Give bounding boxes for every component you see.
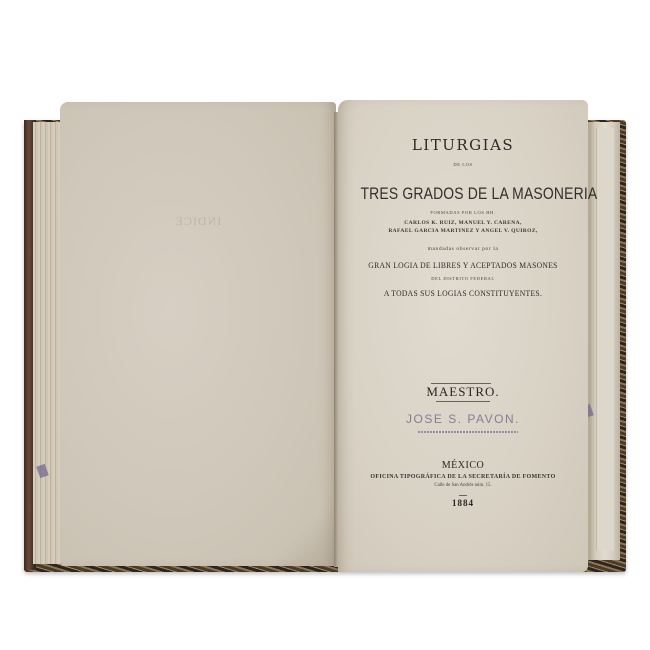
dedication: A TODAS SUS LOGIAS CONSTITUYENTES. xyxy=(351,288,576,298)
authors-line-2: RAFAEL GARCIA MARTINEZ Y ANGEL V. QUIROZ… xyxy=(338,228,588,234)
book-photo: INDICE LITURGIAS DE LOS TRES GRADOS DE L… xyxy=(0,0,650,650)
bleed-through-text: INDICE xyxy=(60,214,336,229)
year: 1884 xyxy=(338,498,588,508)
left-page-stack xyxy=(33,122,63,564)
stamp-underline xyxy=(418,431,518,433)
authors-line-1: CARLOS K. RUIZ, MANUEL Y. CARENA, xyxy=(338,220,588,226)
title: LITURGIAS xyxy=(338,136,588,154)
left-page: INDICE xyxy=(60,102,336,566)
mandated: mandadas observar por la xyxy=(338,246,588,252)
formed-by: FORMADAS POR LOS HH. xyxy=(338,210,588,215)
connector: DE LOS xyxy=(338,162,588,167)
rule-bottom xyxy=(436,401,490,402)
address: Calle de San Andrés núm. 15. xyxy=(338,483,588,488)
ownership-stamp: JOSE S. PAVON. xyxy=(338,412,588,426)
page-curl xyxy=(276,486,336,566)
rule-small xyxy=(459,495,467,496)
degree: MAESTRO. xyxy=(338,384,588,400)
subtitle: TRES GRADOS DE LA MASONERIA xyxy=(361,184,566,204)
place: MÉXICO xyxy=(338,460,588,471)
title-page: LITURGIAS DE LOS TRES GRADOS DE LA MASON… xyxy=(338,100,588,572)
lodge: GRAN LOGIA DE LIBRES Y ACEPTADOS MASONES xyxy=(351,260,576,270)
jurisdiction: DEL DISTRITO FEDERAL xyxy=(338,276,588,281)
printer: OFICINA TIPOGRÁFICA DE LA SECRETARÍA DE … xyxy=(338,474,588,480)
